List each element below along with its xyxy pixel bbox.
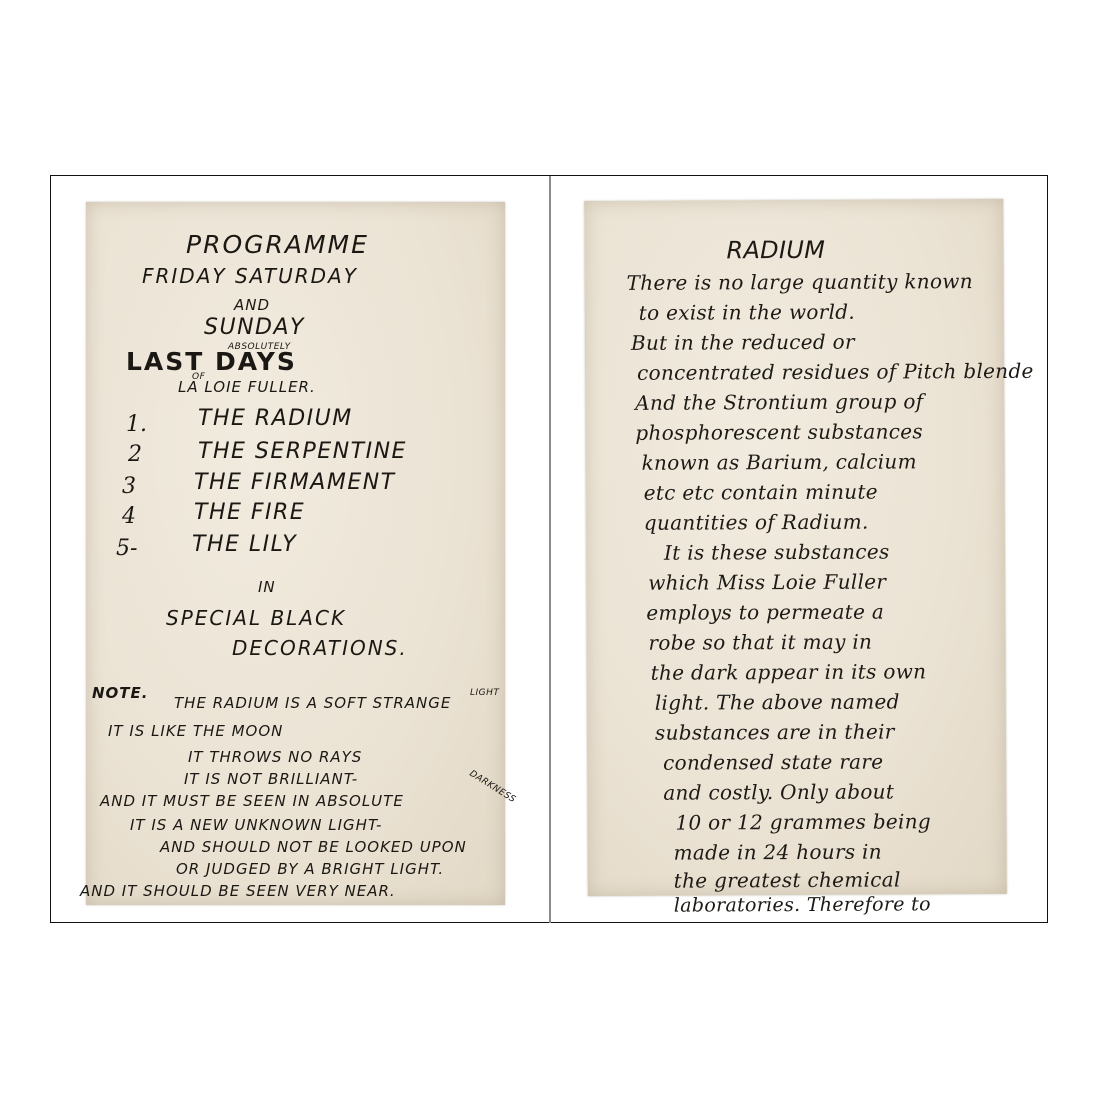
in-line: in xyxy=(258,578,276,596)
note-line: And It should Be seen very near. xyxy=(80,882,396,900)
note-label: Note. xyxy=(92,684,148,702)
last-days-line: Last Days xyxy=(126,347,297,376)
programme-heading: Programme xyxy=(186,230,369,259)
manuscript-line: to exist in the world. xyxy=(639,300,855,325)
manuscript-line: There is no large quantity known xyxy=(627,269,973,295)
manuscript-line: And the Strontium group of xyxy=(635,389,923,415)
manuscript-line: 10 or 12 grammes being xyxy=(675,809,931,834)
page-divider xyxy=(549,176,551,923)
note-line: or judged By a Bright Light. xyxy=(176,860,444,878)
note-line: It is A New unknown Light- xyxy=(130,816,382,834)
manuscript-line: quantities of Radium. xyxy=(644,510,869,535)
manuscript-line: the dark appear in its own xyxy=(651,659,927,684)
decorations-line: Decorations. xyxy=(232,636,408,660)
note-line: And it must Be seen in Absolute xyxy=(100,792,404,810)
item-number: 2 xyxy=(128,442,142,467)
note-line: It is Like The Moon xyxy=(108,722,283,740)
manuscript-line: substances are in their xyxy=(655,719,895,744)
item-number: 4 xyxy=(122,504,136,529)
special-black-line: Special Black xyxy=(166,606,346,630)
programme-page: Programme Friday Saturday And Sunday abs… xyxy=(86,202,505,905)
item-number: 1. xyxy=(126,412,147,437)
radium-manuscript-page: Radium There is no large quantity known … xyxy=(584,199,1007,896)
manuscript-line: made in 24 hours in xyxy=(674,840,882,865)
manuscript-line: condensed state rare xyxy=(663,750,883,775)
item-title: The Radium xyxy=(198,406,353,431)
item-title: The Fire xyxy=(194,500,305,525)
item-number: 5- xyxy=(116,536,137,561)
note-line: And should not Be looked upon xyxy=(160,838,467,856)
note-insert-light: Light xyxy=(470,688,499,698)
manuscript-line: known as Barium, calcium xyxy=(641,449,916,474)
manuscript-line: laboratories. Therefore to xyxy=(674,893,931,916)
manuscript-line: But in the reduced or xyxy=(631,330,855,355)
note-line: It throws no rays xyxy=(188,748,362,766)
manuscript-line: concentrated residues of Pitch blende xyxy=(637,359,1034,385)
sunday-line: Sunday xyxy=(204,315,305,340)
manuscript-line: etc etc contain minute xyxy=(644,480,878,505)
days-line: Friday Saturday xyxy=(142,264,358,288)
manuscript-line: light. The above named xyxy=(655,689,900,714)
note-line: The Radium is a soft strange xyxy=(174,694,451,712)
and-line: And xyxy=(234,296,270,314)
manuscript-line: It is these substances xyxy=(664,540,890,565)
note-line: It is not Brilliant- xyxy=(184,770,358,788)
manuscript-line: the greatest chemical xyxy=(674,867,901,892)
manuscript-line: phosphorescent substances xyxy=(635,419,923,445)
item-number: 3 xyxy=(122,474,136,499)
manuscript-line: employs to permeate a xyxy=(646,600,884,625)
item-title: The Serpentine xyxy=(198,439,407,464)
manuscript-line: robe so that it may in xyxy=(648,630,872,655)
item-title: The Firmament xyxy=(194,470,396,495)
radium-heading: Radium xyxy=(726,236,825,265)
manuscript-line: and costly. Only about xyxy=(663,779,894,804)
item-title: The Lily xyxy=(192,532,297,557)
manuscript-line: which Miss Loie Fuller xyxy=(648,570,886,595)
performer-line: La Loie Fuller. xyxy=(178,378,316,396)
